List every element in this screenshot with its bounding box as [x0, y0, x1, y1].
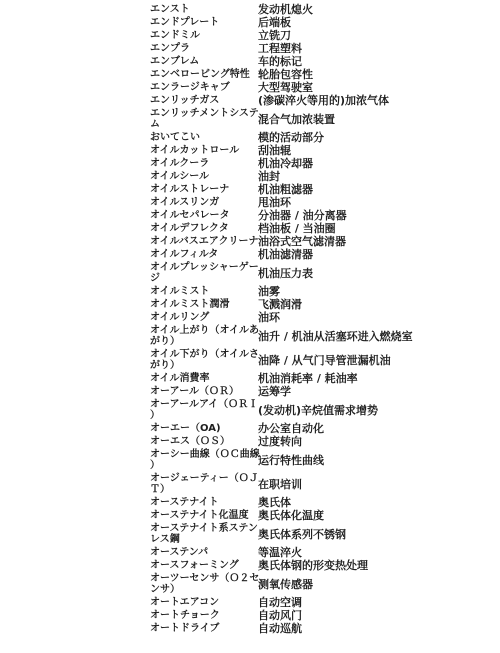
- chinese-translation: 油升 / 机油从活塞环进入燃烧室: [257, 324, 498, 348]
- glossary-row: エンリッチメントシステ ム 混合气加浓装置: [150, 107, 498, 131]
- glossary-row: オイル上がり（オイルあ がり） 油升 / 机油从活塞环进入燃烧室: [150, 324, 498, 348]
- glossary-row: オーエー（OA) 办公室自动化: [150, 422, 498, 435]
- japanese-term: オイル消費率: [150, 372, 257, 385]
- glossary-row: エンブレム 车的标记: [150, 55, 498, 68]
- japanese-term: オーアール（ＯＲ）: [150, 385, 257, 398]
- chinese-translation: 立铣刀: [257, 29, 498, 42]
- japanese-term: オイルクーラ: [150, 157, 257, 170]
- chinese-translation: 自动空调: [257, 596, 498, 609]
- glossary-row: オイルプレッシャーゲー ジ 机油压力表: [150, 261, 498, 285]
- glossary-row: エンドミル 立铣刀: [150, 29, 498, 42]
- glossary-row: オイルスリンガ 甩油环: [150, 196, 498, 209]
- japanese-term: オートチョーク: [150, 609, 257, 622]
- glossary-row: オーシー曲線（ＯＣ曲線 ） 运行特性曲线: [150, 448, 498, 472]
- chinese-translation: 后端板: [257, 16, 498, 29]
- glossary-row: オートドライブ 自动巡航: [150, 622, 498, 635]
- glossary-row: オーステナイト 奥氏体: [150, 496, 498, 509]
- chinese-translation: 油环: [257, 311, 498, 324]
- glossary-row: オーステンパ 等温淬火: [150, 546, 498, 559]
- chinese-translation: 大型驾驶室: [257, 81, 498, 94]
- japanese-term: オイルセパレータ: [150, 209, 257, 222]
- glossary-row: オーツーセンサ（Ｏ２セ ンサ） 测氧传感器: [150, 572, 498, 596]
- japanese-term: エンドミル: [150, 29, 257, 42]
- japanese-term: エンラージキャブ: [150, 81, 257, 94]
- glossary-row: オイルシール 油封: [150, 170, 498, 183]
- japanese-term: オイルストレーナ: [150, 183, 257, 196]
- glossary-row: オーステナイト系ステン レス鋼 奥氏体系列不锈钢: [150, 522, 498, 546]
- glossary-row: オーアール（ＯＲ） 运筹学: [150, 385, 498, 398]
- chinese-translation: 机油滤清器: [257, 248, 498, 261]
- chinese-translation: 轮胎包容性: [257, 68, 498, 81]
- japanese-term: オージェーティー（ＯＪ Ｔ）: [150, 472, 257, 496]
- chinese-translation: 过度转向: [257, 435, 498, 448]
- japanese-term: エンプラ: [150, 42, 257, 55]
- chinese-translation: 在职培训: [257, 472, 498, 496]
- glossary-row: おいてこい 模的活动部分: [150, 131, 498, 144]
- chinese-translation: 运筹学: [257, 385, 498, 398]
- japanese-term: エンブレム: [150, 55, 257, 68]
- glossary-row: エンプラ 工程塑料: [150, 42, 498, 55]
- japanese-term: オイルミスト: [150, 285, 257, 298]
- japanese-term: オートドライブ: [150, 622, 257, 635]
- glossary-row: オイルバスエアクリーナ 油浴式空气滤清器: [150, 235, 498, 248]
- glossary-row: オースフォーミング 奥氏体钢的形变热处理: [150, 559, 498, 572]
- japanese-term: オイルプレッシャーゲー ジ: [150, 261, 257, 285]
- japanese-term: オイルミスト潤滑: [150, 298, 257, 311]
- glossary-row: オーアールアイ（ＯＲＩ ） (发动机)辛烷值需求增势: [150, 398, 498, 422]
- japanese-term: エンスト: [150, 3, 257, 16]
- glossary-row: オイルフィルタ 机油滤清器: [150, 248, 498, 261]
- glossary-row: オイルリング 油环: [150, 311, 498, 324]
- glossary-row: オイルミスト潤滑 飞溅润滑: [150, 298, 498, 311]
- chinese-translation: 模的活动部分: [257, 131, 498, 144]
- chinese-translation: 分油器 / 油分离器: [257, 209, 498, 222]
- glossary-row: エンスト 发动机熄火: [150, 3, 498, 16]
- chinese-translation: 车的标记: [257, 55, 498, 68]
- chinese-translation: 运行特性曲线: [257, 448, 498, 472]
- chinese-translation: 工程塑料: [257, 42, 498, 55]
- chinese-translation: 刮油辊: [257, 144, 498, 157]
- japanese-term: オーステナイト化温度: [150, 509, 257, 522]
- glossary-row: エンドプレート 后端板: [150, 16, 498, 29]
- chinese-translation: 等温淬火: [257, 546, 498, 559]
- chinese-translation: (渗碳淬火等用的)加浓气体: [257, 94, 498, 107]
- chinese-translation: 办公室自动化: [257, 422, 498, 435]
- japanese-term: オースフォーミング: [150, 559, 257, 572]
- chinese-translation: 甩油环: [257, 196, 498, 209]
- japanese-term: オーエー（OA): [150, 422, 257, 435]
- chinese-translation: 油浴式空气滤清器: [257, 235, 498, 248]
- glossary-row: オーエス（ＯＳ） 过度转向: [150, 435, 498, 448]
- chinese-translation: 奥氏体系列不锈钢: [257, 522, 498, 546]
- japanese-term: オーステナイト: [150, 496, 257, 509]
- chinese-translation: 自动风门: [257, 609, 498, 622]
- chinese-translation: 混合气加浓装置: [257, 107, 498, 131]
- japanese-term: エンドプレート: [150, 16, 257, 29]
- glossary-row: オートエアコン 自动空调: [150, 596, 498, 609]
- chinese-translation: 机油消耗率 / 耗油率: [257, 372, 498, 385]
- japanese-term: オイルデフレクタ: [150, 222, 257, 235]
- japanese-term: エンリッチメントシステ ム: [150, 107, 257, 131]
- japanese-term: オーステナイト系ステン レス鋼: [150, 522, 257, 546]
- glossary-body: エンスト 发动机熄火 エンドプレート 后端板 エンドミル 立铣刀 エンプラ 工程…: [150, 3, 498, 635]
- japanese-term: エンリッチガス: [150, 94, 257, 107]
- glossary-table: エンスト 发动机熄火 エンドプレート 后端板 エンドミル 立铣刀 エンプラ 工程…: [150, 3, 498, 635]
- japanese-term: エンベロービング特性: [150, 68, 257, 81]
- glossary-row: オイルセパレータ 分油器 / 油分离器: [150, 209, 498, 222]
- glossary-row: エンベロービング特性 轮胎包容性: [150, 68, 498, 81]
- japanese-term: オイル下がり（オイルさ がり）: [150, 348, 257, 372]
- glossary-row: オイルミスト 油雾: [150, 285, 498, 298]
- japanese-term: おいてこい: [150, 131, 257, 144]
- chinese-translation: 发动机熄火: [257, 3, 498, 16]
- glossary-row: オイルデフレクタ 档油板 / 当油圈: [150, 222, 498, 235]
- glossary-row: オイル消費率 机油消耗率 / 耗油率: [150, 372, 498, 385]
- chinese-translation: 油雾: [257, 285, 498, 298]
- japanese-term: オイルシール: [150, 170, 257, 183]
- japanese-term: オーアールアイ（ＯＲＩ ）: [150, 398, 257, 422]
- glossary-row: オージェーティー（ＯＪ Ｔ） 在职培训: [150, 472, 498, 496]
- japanese-term: オーエス（ＯＳ）: [150, 435, 257, 448]
- chinese-translation: 自动巡航: [257, 622, 498, 635]
- glossary-list: エンスト 发动机熄火 エンドプレート 后端板 エンドミル 立铣刀 エンプラ 工程…: [150, 3, 498, 635]
- chinese-translation: 飞溅润滑: [257, 298, 498, 311]
- japanese-term: オイルカットロール: [150, 144, 257, 157]
- japanese-term: オートエアコン: [150, 596, 257, 609]
- chinese-translation: 奥氏体化温度: [257, 509, 498, 522]
- japanese-term: オイル上がり（オイルあ がり）: [150, 324, 257, 348]
- japanese-term: オーシー曲線（ＯＣ曲線 ）: [150, 448, 257, 472]
- chinese-translation: 奥氏体: [257, 496, 498, 509]
- glossary-row: オイルクーラ 机油冷却器: [150, 157, 498, 170]
- chinese-translation: 档油板 / 当油圈: [257, 222, 498, 235]
- chinese-translation: 机油压力表: [257, 261, 498, 285]
- japanese-term: オイルスリンガ: [150, 196, 257, 209]
- chinese-translation: 奥氏体钢的形变热处理: [257, 559, 498, 572]
- glossary-row: オーステナイト化温度 奥氏体化温度: [150, 509, 498, 522]
- glossary-row: エンリッチガス (渗碳淬火等用的)加浓气体: [150, 94, 498, 107]
- glossary-row: オイル下がり（オイルさ がり） 油降 / 从气门导管泄漏机油: [150, 348, 498, 372]
- chinese-translation: 机油粗滤器: [257, 183, 498, 196]
- japanese-term: オーステンパ: [150, 546, 257, 559]
- japanese-term: オイルバスエアクリーナ: [150, 235, 257, 248]
- japanese-term: オイルリング: [150, 311, 257, 324]
- glossary-row: オイルカットロール 刮油辊: [150, 144, 498, 157]
- chinese-translation: 油降 / 从气门导管泄漏机油: [257, 348, 498, 372]
- glossary-row: オートチョーク 自动风门: [150, 609, 498, 622]
- chinese-translation: 油封: [257, 170, 498, 183]
- chinese-translation: 测氧传感器: [257, 572, 498, 596]
- glossary-row: オイルストレーナ 机油粗滤器: [150, 183, 498, 196]
- chinese-translation: 机油冷却器: [257, 157, 498, 170]
- chinese-translation: (发动机)辛烷值需求增势: [257, 398, 498, 422]
- japanese-term: オーツーセンサ（Ｏ２セ ンサ）: [150, 572, 257, 596]
- glossary-row: エンラージキャブ 大型驾驶室: [150, 81, 498, 94]
- japanese-term: オイルフィルタ: [150, 248, 257, 261]
